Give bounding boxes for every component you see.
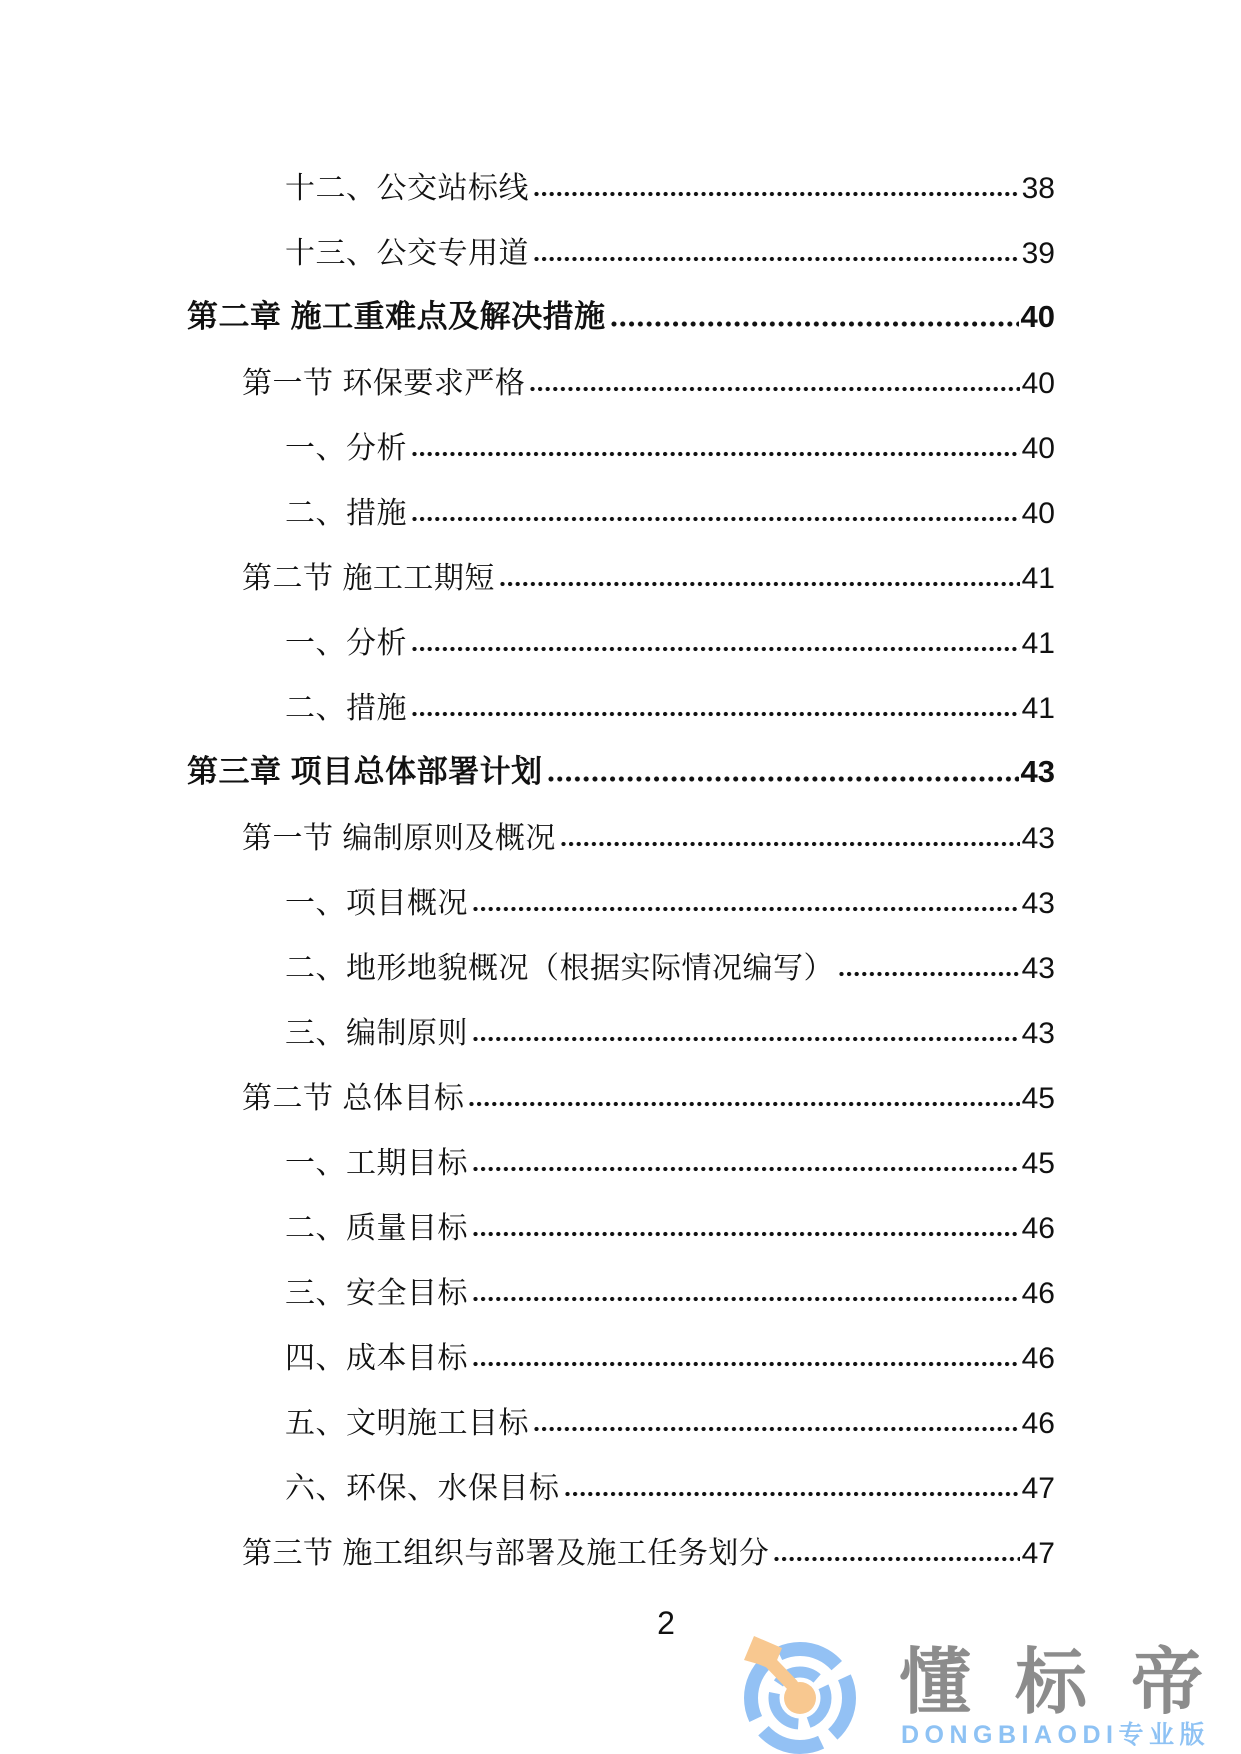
dot-leader: [472, 1230, 1020, 1238]
toc-entry[interactable]: 二、措施 41: [187, 663, 1055, 728]
dot-leader: [610, 320, 1019, 328]
toc-entry-page-number: 46: [1022, 1278, 1055, 1310]
toc-entry-label: 二、措施: [285, 693, 407, 725]
toc-entry[interactable]: 第二章 施工重难点及解决措施 40: [187, 273, 1055, 338]
toc-entry[interactable]: 一、分析 41: [187, 598, 1055, 663]
toc-entry-label: 第二节 总体目标: [242, 1083, 464, 1115]
dot-leader: [472, 1295, 1020, 1303]
toc-entry-label: 二、质量目标: [285, 1213, 468, 1245]
toc-entry-page-number: 38: [1022, 173, 1055, 205]
toc-entry-label: 第三节 施工组织与部署及施工任务划分: [242, 1538, 769, 1570]
dot-leader: [547, 775, 1019, 783]
toc-entry[interactable]: 一、工期目标 45: [187, 1118, 1055, 1183]
toc-entry[interactable]: 六、环保、水保目标 47: [187, 1443, 1055, 1508]
toc-entry-label: 二、地形地貌概况（根据实际情况编写）: [285, 953, 834, 985]
dot-leader: [838, 970, 1020, 978]
toc-entry-label: 第一节 编制原则及概况: [242, 823, 556, 855]
toc-entry-page-number: 41: [1022, 563, 1055, 595]
dot-leader: [411, 645, 1020, 653]
toc-entry[interactable]: 二、质量目标 46: [187, 1183, 1055, 1248]
toc-entry-page-number: 47: [1022, 1538, 1055, 1570]
toc-entry[interactable]: 二、地形地貌概况（根据实际情况编写） 43: [187, 923, 1055, 988]
dot-leader: [533, 190, 1020, 198]
toc-entry-label: 六、环保、水保目标: [285, 1473, 560, 1505]
toc-entry[interactable]: 三、安全目标 46: [187, 1248, 1055, 1313]
toc-entry-label: 三、安全目标: [285, 1278, 468, 1310]
toc-entry[interactable]: 十二、公交站标线 38: [187, 143, 1055, 208]
toc-entry-label: 一、分析: [285, 628, 407, 660]
dot-leader: [411, 450, 1020, 458]
toc-entry-page-number: 41: [1022, 693, 1055, 725]
document-page: 十二、公交站标线 38 十三、公交专用道 39 第二章 施工重难点及解决措施 4…: [0, 0, 1241, 1754]
toc-entry-label: 一、工期目标: [285, 1148, 468, 1180]
dot-leader: [472, 1360, 1020, 1368]
toc-entry[interactable]: 二、措施 40: [187, 468, 1055, 533]
toc-entry-page-number: 43: [1022, 953, 1055, 985]
toc-entry-label: 第一节 环保要求严格: [242, 368, 525, 400]
dot-leader: [773, 1555, 1019, 1563]
page-number: 2: [640, 1606, 692, 1641]
dot-leader: [564, 1490, 1020, 1498]
target-arrow-icon: [742, 1633, 864, 1754]
toc-entry[interactable]: 五、文明施工目标 46: [187, 1378, 1055, 1443]
toc-entry[interactable]: 第一节 编制原则及概况 43: [187, 793, 1055, 858]
toc-entry[interactable]: 三、编制原则 43: [187, 988, 1055, 1053]
brand-name: 懂标帝: [899, 1647, 1241, 1719]
toc-entry-page-number: 43: [1022, 888, 1055, 920]
toc-entry-page-number: 40: [1022, 498, 1055, 530]
toc-entry-label: 十二、公交站标线: [285, 173, 529, 205]
toc-entry-page-number: 43: [1022, 1018, 1055, 1050]
toc-entry-page-number: 46: [1022, 1408, 1055, 1440]
toc-entry-label: 第二节 施工工期短: [242, 563, 495, 595]
toc-entry-page-number: 43: [1022, 823, 1055, 855]
dot-leader: [533, 1425, 1020, 1433]
dot-leader: [560, 840, 1020, 848]
dot-leader: [472, 905, 1020, 913]
toc-entry-label: 一、项目概况: [285, 888, 468, 920]
brand-subtitle: DONGBIAODI专业版: [901, 1722, 1210, 1750]
dot-leader: [472, 1035, 1020, 1043]
toc-entry-label: 五、文明施工目标: [285, 1408, 529, 1440]
dot-leader: [468, 1100, 1019, 1108]
toc-entry-page-number: 39: [1022, 238, 1055, 270]
toc-entry-page-number: 47: [1022, 1473, 1055, 1505]
toc-entry[interactable]: 第三章 项目总体部署计划 43: [187, 728, 1055, 793]
toc-entry-page-number: 40: [1022, 368, 1055, 400]
toc-entry-label: 第二章 施工重难点及解决措施: [187, 301, 606, 334]
toc-entry-page-number: 41: [1022, 628, 1055, 660]
toc-entry[interactable]: 第二节 总体目标 45: [187, 1053, 1055, 1118]
toc-entry-page-number: 46: [1022, 1343, 1055, 1375]
toc-entry-page-number: 40: [1021, 301, 1055, 334]
dot-leader: [472, 1165, 1020, 1173]
toc-entry-label: 一、分析: [285, 433, 407, 465]
dot-leader: [533, 255, 1020, 263]
dot-leader: [529, 385, 1019, 393]
toc-entry-page-number: 45: [1022, 1148, 1055, 1180]
toc-entry-label: 二、措施: [285, 498, 407, 530]
toc-entry-page-number: 46: [1022, 1213, 1055, 1245]
toc-entry[interactable]: 第二节 施工工期短 41: [187, 533, 1055, 598]
toc-entry[interactable]: 四、成本目标 46: [187, 1313, 1055, 1378]
toc-entry-label: 四、成本目标: [285, 1343, 468, 1375]
toc-entry[interactable]: 第一节 环保要求严格 40: [187, 338, 1055, 403]
toc-entry[interactable]: 一、项目概况 43: [187, 858, 1055, 923]
dot-leader: [499, 580, 1020, 588]
dot-leader: [411, 710, 1020, 718]
toc-entry[interactable]: 一、分析 40: [187, 403, 1055, 468]
toc-entry-page-number: 43: [1021, 756, 1055, 789]
toc-entry-page-number: 40: [1022, 433, 1055, 465]
toc-entry-label: 第三章 项目总体部署计划: [187, 756, 543, 789]
dot-leader: [411, 515, 1020, 523]
toc-entry[interactable]: 十三、公交专用道 39: [187, 208, 1055, 273]
toc-entry[interactable]: 第三节 施工组织与部署及施工任务划分 47: [187, 1508, 1055, 1573]
toc-entry-label: 十三、公交专用道: [285, 238, 529, 270]
toc-entry-page-number: 45: [1022, 1083, 1055, 1115]
table-of-contents: 十二、公交站标线 38 十三、公交专用道 39 第二章 施工重难点及解决措施 4…: [187, 143, 1055, 1573]
toc-entry-label: 三、编制原则: [285, 1018, 468, 1050]
